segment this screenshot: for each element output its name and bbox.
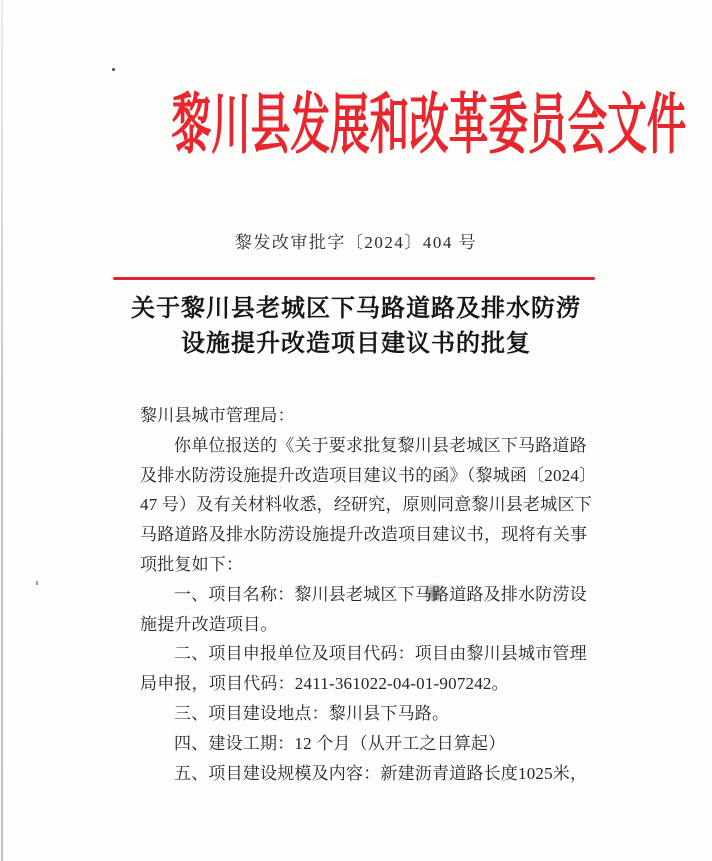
- document-body-line: 黎川县城市管理局：: [140, 401, 610, 431]
- document-title-line2: 设施提升改造项目建议书的批复: [0, 327, 712, 362]
- red-divider-rule: [113, 277, 595, 280]
- document-body-line: 五、项目建设规模及内容：新建沥青道路长度1025米，: [140, 759, 610, 789]
- scanned-document-page: 黎川县发展和改革委员会文件 黎发改审批字〔2024〕404 号 关于黎川县老城区…: [0, 0, 712, 861]
- agency-header-text: 黎川县发展和改革委员会文件: [172, 90, 687, 163]
- document-body-line: 局申报，项目代码：2411-361022-04-01-907242。: [140, 669, 610, 699]
- document-body-line: 47 号）及有关材料收悉，经研究，原则同意黎川县老城区下: [140, 490, 610, 520]
- document-reference-number: 黎发改审批字〔2024〕404 号: [0, 228, 712, 253]
- document-body-line: 四、建设工期：12 个月（从开工之日算起）: [140, 729, 610, 759]
- document-body-line: 施提升改造项目。: [140, 610, 610, 640]
- scan-speck: [112, 68, 115, 71]
- document-body-line: 你单位报送的《关于要求批复黎川县老城区下马路道路: [140, 431, 610, 461]
- scan-speck: [36, 581, 38, 585]
- document-body-line: 二、项目申报单位及项目代码：项目由黎川县城市管理: [140, 639, 610, 669]
- document-title-line1: 关于黎川县老城区下马路道路及排水防涝: [0, 292, 712, 327]
- document-body-line: 一、项目名称：黎川县老城区下马路道路及排水防涝设: [140, 580, 610, 610]
- document-body-line: 马路道路及排水防涝设施提升改造项目建议书，现将有关事: [140, 520, 610, 550]
- document-body-line: 三、项目建设地点：黎川县下马路。: [140, 699, 610, 729]
- agency-header: 黎川县发展和改革委员会文件: [0, 90, 712, 163]
- document-body-line: 项批复如下：: [140, 550, 610, 580]
- document-body-line: 及排水防涝设施提升改造项目建议书的函》（黎城函〔2024〕: [140, 461, 610, 491]
- document-title: 关于黎川县老城区下马路道路及排水防涝 设施提升改造项目建议书的批复: [0, 292, 712, 362]
- document-body: 黎川县城市管理局：你单位报送的《关于要求批复黎川县老城区下马路道路及排水防涝设施…: [140, 401, 610, 788]
